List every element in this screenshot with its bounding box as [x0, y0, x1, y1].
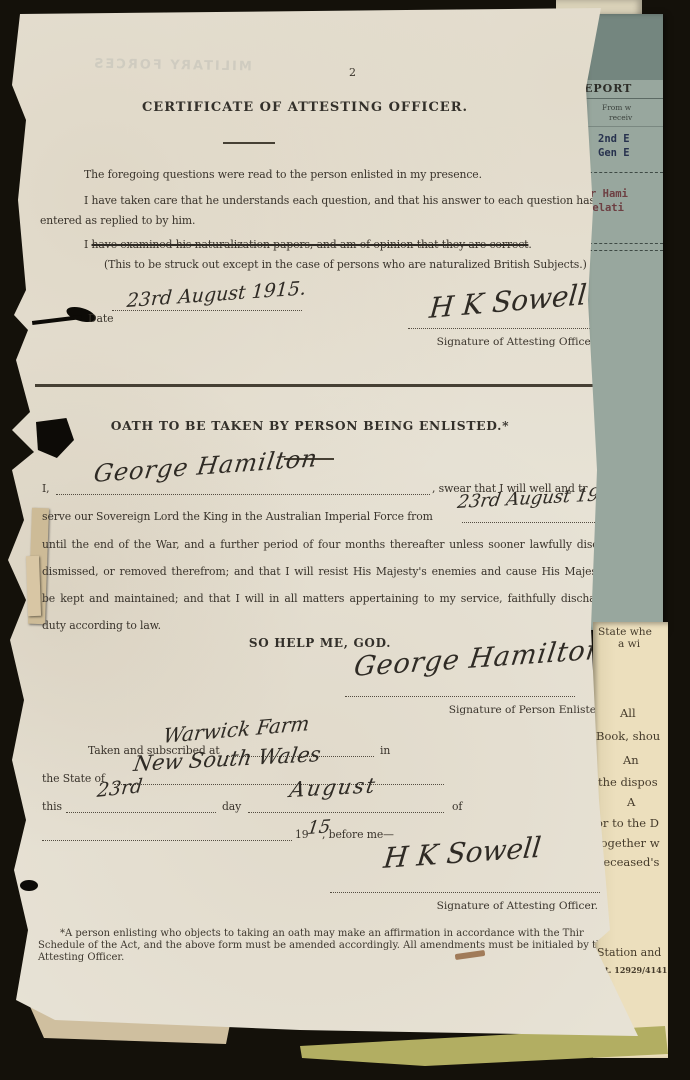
title-rule: [223, 142, 275, 144]
teal-typed-line: 2nd E: [598, 133, 630, 145]
this-label: this: [42, 800, 62, 813]
dashed-divider: [584, 250, 663, 251]
side-sheet-fragment: the dispos: [598, 775, 658, 789]
certificate-title: CERTIFICATE OF ATTESTING OFFICER.: [100, 100, 510, 115]
certificate-paragraph: The foregoing questions were read to the…: [84, 168, 482, 181]
document-scan: EPORT From w receiv 2nd E Gen E r Hami R…: [0, 0, 690, 1080]
oath-body-line: duty according to law.: [42, 619, 161, 632]
certificate-note: (This to be struck out except in the cas…: [104, 258, 587, 271]
day-dotted-line: [66, 812, 216, 813]
struck-text: have examined his naturalization papers,…: [92, 238, 529, 251]
side-sheet-fragment: An: [623, 753, 639, 767]
side-sheet-fragment: a wi: [618, 638, 640, 650]
page-content: MILITARY FORCES 2 CERTIFICATE OF ATTESTI…: [0, 0, 690, 1080]
attesting-officer-signature-2: H K Sowell: [382, 831, 543, 875]
show-through-text: MILITARY FORCES: [92, 57, 252, 75]
oath-body-line: be kept and maintained; and that I will …: [42, 592, 614, 605]
side-sheet-fragment: A: [627, 795, 635, 809]
attesting-officer-signature: H K Sowell: [428, 278, 588, 325]
signature-caption: Signature of Attesting Officer.: [380, 336, 598, 348]
signature-dotted-line: [330, 892, 600, 893]
footnote-line: Schedule of the Act, and the above form …: [38, 940, 603, 951]
of-label: of: [452, 800, 462, 813]
side-sheet-fragment: deceased's: [596, 855, 659, 869]
certificate-paragraph: entered as replied to by him.: [40, 214, 195, 227]
signature-dotted-line: [345, 696, 575, 697]
oath-title: OATH TO BE TAKEN BY PERSON BEING ENLISTE…: [90, 418, 530, 433]
handwritten-place: Warwick Farm: [162, 711, 311, 748]
side-sheet-fragment: All: [620, 706, 636, 720]
struck-prefix: I: [84, 238, 92, 251]
dashed-divider: [584, 172, 663, 173]
teal-sheet-header: EPORT: [584, 82, 632, 95]
from-date-dotted-line: [462, 522, 601, 523]
side-sheet-fragment: State whe: [598, 626, 652, 638]
teal-typed-line: Gen E: [598, 147, 630, 159]
side-sheet-fragment: together w: [596, 836, 660, 850]
month-dotted-line: [248, 812, 444, 813]
dashed-divider: [584, 243, 663, 244]
section-divider: [35, 384, 601, 387]
handwritten-name: George Hamilton: [92, 444, 320, 488]
signature-dotted-line: [408, 328, 600, 329]
side-sheet-fragment: or to the D: [596, 816, 659, 830]
state-dotted-line: [114, 784, 444, 785]
teal-sheet-subtext: receiv: [609, 113, 632, 122]
date-label: Date: [88, 312, 113, 325]
footnote-line: Attesting Officer.: [38, 952, 124, 963]
handwritten-day: 23rd: [96, 775, 144, 802]
struck-suffix: .: [528, 238, 531, 251]
in-label: in: [380, 744, 390, 757]
side-sheet-fragment: Book, shou: [596, 729, 660, 743]
before-me-label: , before me—: [322, 828, 394, 841]
oath-line2: serve our Sovereign Lord the King in the…: [42, 510, 433, 523]
person-signature-caption: Signature of Person Enliste: [370, 704, 596, 716]
side-sheet-fragment: Station and: [597, 946, 661, 959]
handwritten-month: August: [288, 773, 379, 802]
oath-body-line: dismissed, or removed therefrom; and tha…: [42, 565, 652, 578]
teal-sheet-subtext: From w: [602, 103, 631, 112]
certificate-paragraph: I have taken care that he understands ea…: [84, 194, 625, 207]
footnote-line: *A person enlisting who objects to takin…: [60, 928, 584, 939]
certificate-struck-clause: I have examined his naturalization paper…: [84, 238, 532, 251]
oath-pronoun: I,: [42, 482, 50, 495]
divider: [584, 98, 663, 99]
state-label: the State of: [42, 772, 105, 785]
teal-report-sheet: EPORT From w receiv 2nd E Gen E r Hami R…: [584, 14, 663, 630]
teal-typed-red-line: r Hami: [590, 188, 628, 200]
signature-caption: Signature of Attesting Officer.: [380, 900, 598, 912]
handwritten-date: 23rd August 1915.: [126, 277, 307, 312]
name-dotted-line: [56, 494, 430, 495]
divider: [584, 126, 663, 127]
oath-body-line: until the end of the War, and a further …: [42, 538, 630, 551]
year-dotted-line: [42, 840, 292, 841]
page-number: 2: [349, 66, 356, 79]
day-label: day: [222, 800, 241, 813]
